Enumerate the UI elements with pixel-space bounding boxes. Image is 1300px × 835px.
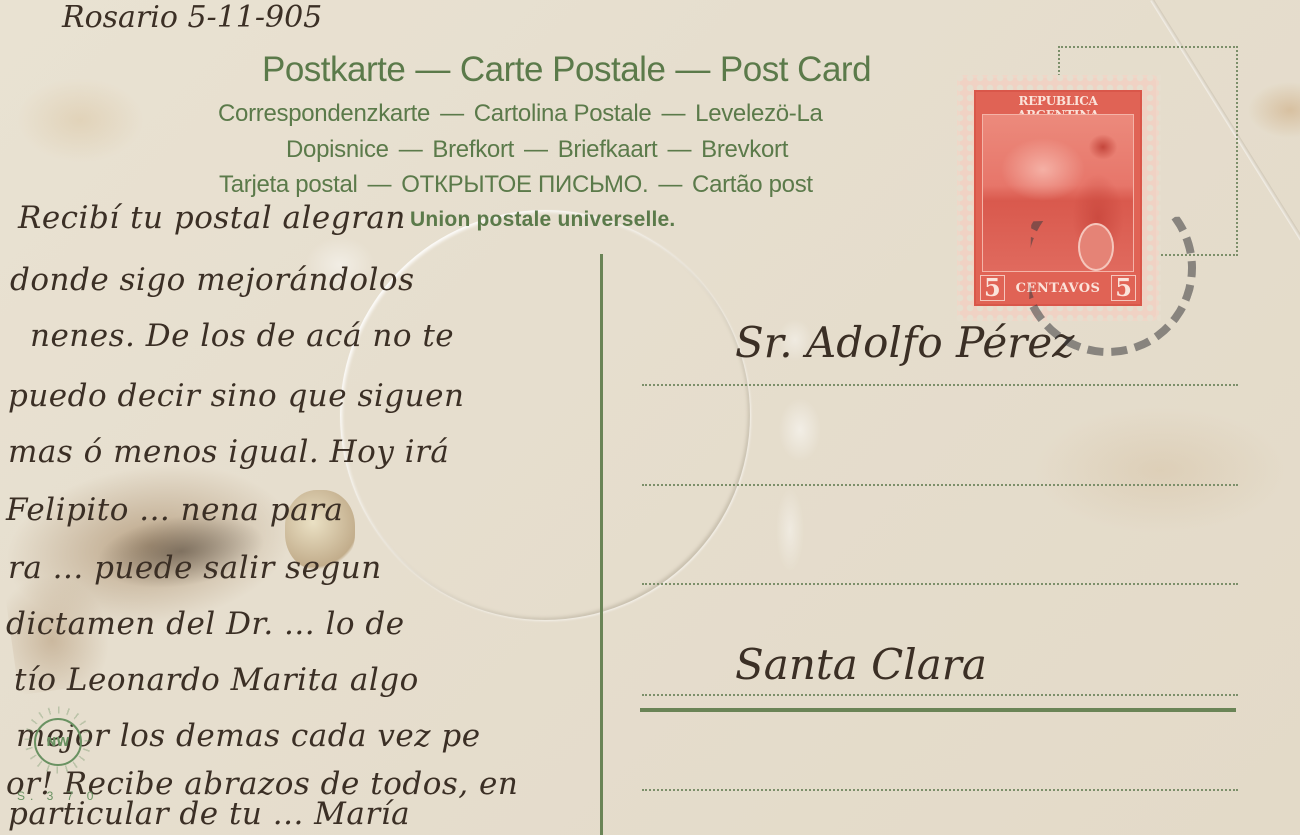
message-line: mas ó menos igual. Hoy irá — [8, 434, 449, 470]
header-carte-postale: Carte Postale — [460, 50, 666, 89]
address-line-4-dotted — [642, 694, 1238, 696]
address-line-5 — [642, 789, 1238, 791]
stamp-value-left: 5 — [980, 275, 1005, 301]
address-line-1 — [642, 384, 1238, 386]
header-line-4: Tarjeta postal—ОТКРЫТОЕ ПИСЬМО.—Cartão p… — [219, 171, 813, 199]
header-upu: Union postale universelle. — [410, 208, 675, 232]
message-line: tío Leonardo Marita algo — [14, 662, 419, 698]
header-line-2: Correspondenzkarte—Cartolina Postale—Lev… — [218, 100, 823, 128]
message-line: Felipito ... nena para — [6, 492, 343, 528]
header-post-card: Post Card — [720, 50, 871, 89]
header-postkarte: Postkarte — [262, 50, 405, 89]
postcard: Rosario 5-11-905 Postkarte—Carte Postale… — [0, 0, 1300, 835]
header-line-3: Dopisnice—Brefkort—Briefkaart—Brevkort — [286, 136, 788, 164]
handwritten-date: Rosario 5-11-905 — [62, 0, 322, 35]
message-line: Recibí tu postal alegran — [18, 200, 406, 236]
recipient-name: Sr. Adolfo Pérez — [735, 318, 1074, 367]
message-line: donde sigo mejorándolos — [10, 262, 414, 298]
publisher-logo-icon: NW — [34, 718, 82, 766]
publisher-series-number: S. 3 7 0 — [17, 789, 98, 803]
message-line: ra ... puede salir segun — [8, 550, 382, 586]
message-line: nenes. De los de acá no te — [30, 318, 454, 354]
address-line-3 — [642, 583, 1238, 585]
message-line: puedo decir sino que siguen — [8, 378, 464, 414]
address-line-2 — [642, 484, 1238, 486]
message-line: dictamen del Dr. ... lo de — [6, 606, 405, 642]
vertical-divider — [600, 254, 603, 835]
recipient-city: Santa Clara — [735, 640, 987, 689]
address-line-4-solid — [640, 708, 1236, 712]
header-line-1: Postkarte—Carte Postale—Post Card — [262, 50, 871, 90]
